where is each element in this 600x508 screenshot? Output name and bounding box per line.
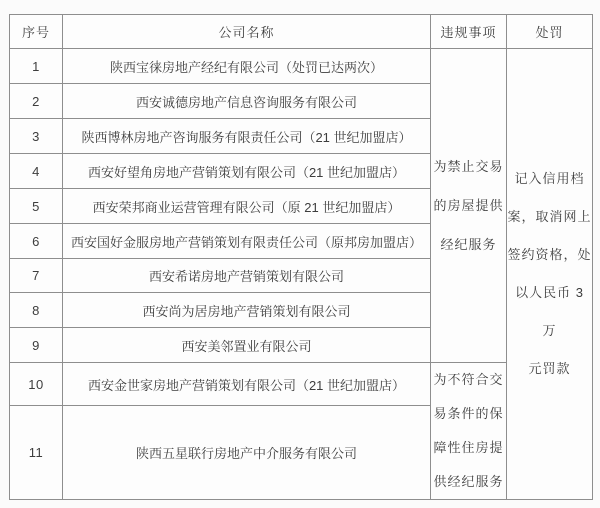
col-header-index: 序号 — [10, 15, 63, 49]
company-name: 西安金世家房地产营销策划有限公司（21 世纪加盟店） — [63, 363, 431, 406]
company-name: 西安好望角房地产营销策划有限公司（21 世纪加盟店） — [63, 154, 431, 189]
company-name: 陕西宝徕房地产经纪有限公司（处罚已达两次） — [63, 49, 431, 84]
col-header-company: 公司名称 — [63, 15, 431, 49]
row-index: 3 — [10, 119, 63, 154]
company-name: 西安尚为居房地产营销策划有限公司 — [63, 293, 431, 328]
row-index: 6 — [10, 224, 63, 259]
table-row: 1陕西宝徕房地产经纪有限公司（处罚已达两次）为禁止交易 的房屋提供 经纪服务记入… — [10, 49, 593, 84]
document-page: 序号 公司名称 违规事项 处罚 1陕西宝徕房地产经纪有限公司（处罚已达两次）为禁… — [0, 0, 600, 508]
row-index: 5 — [10, 189, 63, 224]
row-index: 9 — [10, 328, 63, 363]
company-name: 西安诚德房地产信息咨询服务有限公司 — [63, 84, 431, 119]
company-name: 西安荣邦商业运营管理有限公司（原 21 世纪加盟店） — [63, 189, 431, 224]
col-header-violation: 违规事项 — [431, 15, 507, 49]
col-header-penalty: 处罚 — [507, 15, 593, 49]
row-index: 11 — [10, 406, 63, 500]
header-row: 序号 公司名称 违规事项 处罚 — [10, 15, 593, 49]
company-name: 陕西博林房地产咨询服务有限责任公司（21 世纪加盟店） — [63, 119, 431, 154]
row-index: 7 — [10, 259, 63, 293]
row-index: 10 — [10, 363, 63, 406]
company-name: 陕西五星联行房地产中介服务有限公司 — [63, 406, 431, 500]
violation-group-1: 为禁止交易 的房屋提供 经纪服务 — [431, 49, 507, 363]
penalty-cell: 记入信用档 案，取消网上 签约资格，处 以人民币 3 万 元罚款 — [507, 49, 593, 500]
row-index: 8 — [10, 293, 63, 328]
table-body: 1陕西宝徕房地产经纪有限公司（处罚已达两次）为禁止交易 的房屋提供 经纪服务记入… — [10, 49, 593, 500]
row-index: 2 — [10, 84, 63, 119]
row-index: 1 — [10, 49, 63, 84]
table-row: 10西安金世家房地产营销策划有限公司（21 世纪加盟店）为不符合交 易条件的保 … — [10, 363, 593, 406]
company-name: 西安国好金服房地产营销策划有限责任公司（原邦房加盟店） — [63, 224, 431, 259]
company-name: 西安美邻置业有限公司 — [63, 328, 431, 363]
violation-penalty-table: 序号 公司名称 违规事项 处罚 1陕西宝徕房地产经纪有限公司（处罚已达两次）为禁… — [9, 14, 593, 500]
row-index: 4 — [10, 154, 63, 189]
violation-group-2: 为不符合交 易条件的保 障性住房提 供经纪服务 — [431, 363, 507, 500]
company-name: 西安希诺房地产营销策划有限公司 — [63, 259, 431, 293]
